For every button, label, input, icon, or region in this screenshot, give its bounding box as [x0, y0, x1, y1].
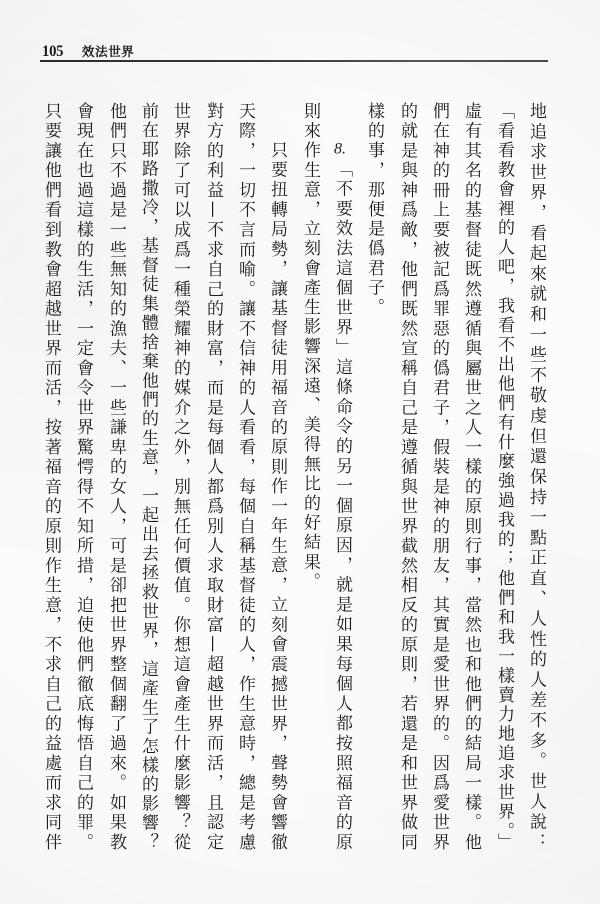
- text-column-9: 只要扭轉局勢，讓基督徒用福音的原則作一年生意，立刻會震撼世界，聲勢會響徹: [265, 141, 289, 850]
- running-title: 效法世界: [82, 44, 134, 60]
- text-column-6: 樣的事，那便是僞君子。: [362, 102, 386, 850]
- text-column-2: 「看看教會裡的人吧，我看不出他們有什麼強過我的；他們和我一樣賣力地追求世界。」: [492, 102, 516, 850]
- text-column-3: 虛有其名的基督徒既然遵循與屬世之人一樣的原則行事，當然也和他們的結局一樣。他: [459, 102, 483, 850]
- text-column-14: 他們只不過是一些無知的漁夫、一些謙卑的女人，可是卻把世界整個翻了過來。如果教: [104, 102, 128, 850]
- section-number-marker: 8.: [334, 141, 351, 160]
- text-column-7: 8.「不要效法這個世界」這條命令的另一個原因，就是如果每個人都按照福音的原: [330, 141, 354, 850]
- text-column-10: 天際，一切不言而喻。讓不信神的人看看，每個自稱基督徒的人，作生意時，總是考慮: [233, 102, 257, 850]
- text-column-1: 地追求世界，看起來就和一些不敬虔但還保持一點正直、人性的人差不多。世人說：: [524, 102, 548, 850]
- header-rule: [40, 60, 548, 62]
- text-column-11: 對方的利益—不求自己的財富，而是每個人都爲別人求取財富—超越世界而活，且認定: [201, 102, 225, 850]
- text-column-7-text: 「不要效法這個世界」這條命令的另一個原因，就是如果每個人都按照福音的原: [332, 160, 352, 850]
- book-page: 105 效法世界 地追求世界，看起來就和一些不敬虔但還保持一點正直、人性的人差不…: [0, 0, 600, 904]
- page-number: 105: [42, 43, 63, 61]
- text-column-16: 只要讓他們看到教會超越世界而活，按著福音的原則作生意，不求自己的益處而求同伴: [39, 102, 63, 850]
- text-column-4: 們在神的冊上要被記爲罪惡的僞君子，假裝是神的朋友，其實是愛世界的。因爲愛世界: [427, 102, 451, 850]
- text-column-5: 的就是與神爲敵，他們既然宣稱自己是遵循與世界截然相反的原則，若還是和世界做同: [395, 102, 419, 850]
- text-column-8: 則來作生意，立刻會產生影響深遠、美得無比的好結果。: [298, 102, 322, 850]
- text-column-13: 前在耶路撒冷，基督徒集體捨棄他們的生意，一起出去拯救世界，這產生了怎樣的影響？: [136, 102, 160, 850]
- text-column-12: 世界除了可以成爲一種榮耀神的媒介之外，別無任何價值。你想這會產生什麼影響？從: [168, 102, 192, 850]
- text-column-15: 會現在也過這樣的生活，一定會令世界驚愕得不知所措，迫使他們徹底悔悟自己的罪。: [71, 102, 95, 850]
